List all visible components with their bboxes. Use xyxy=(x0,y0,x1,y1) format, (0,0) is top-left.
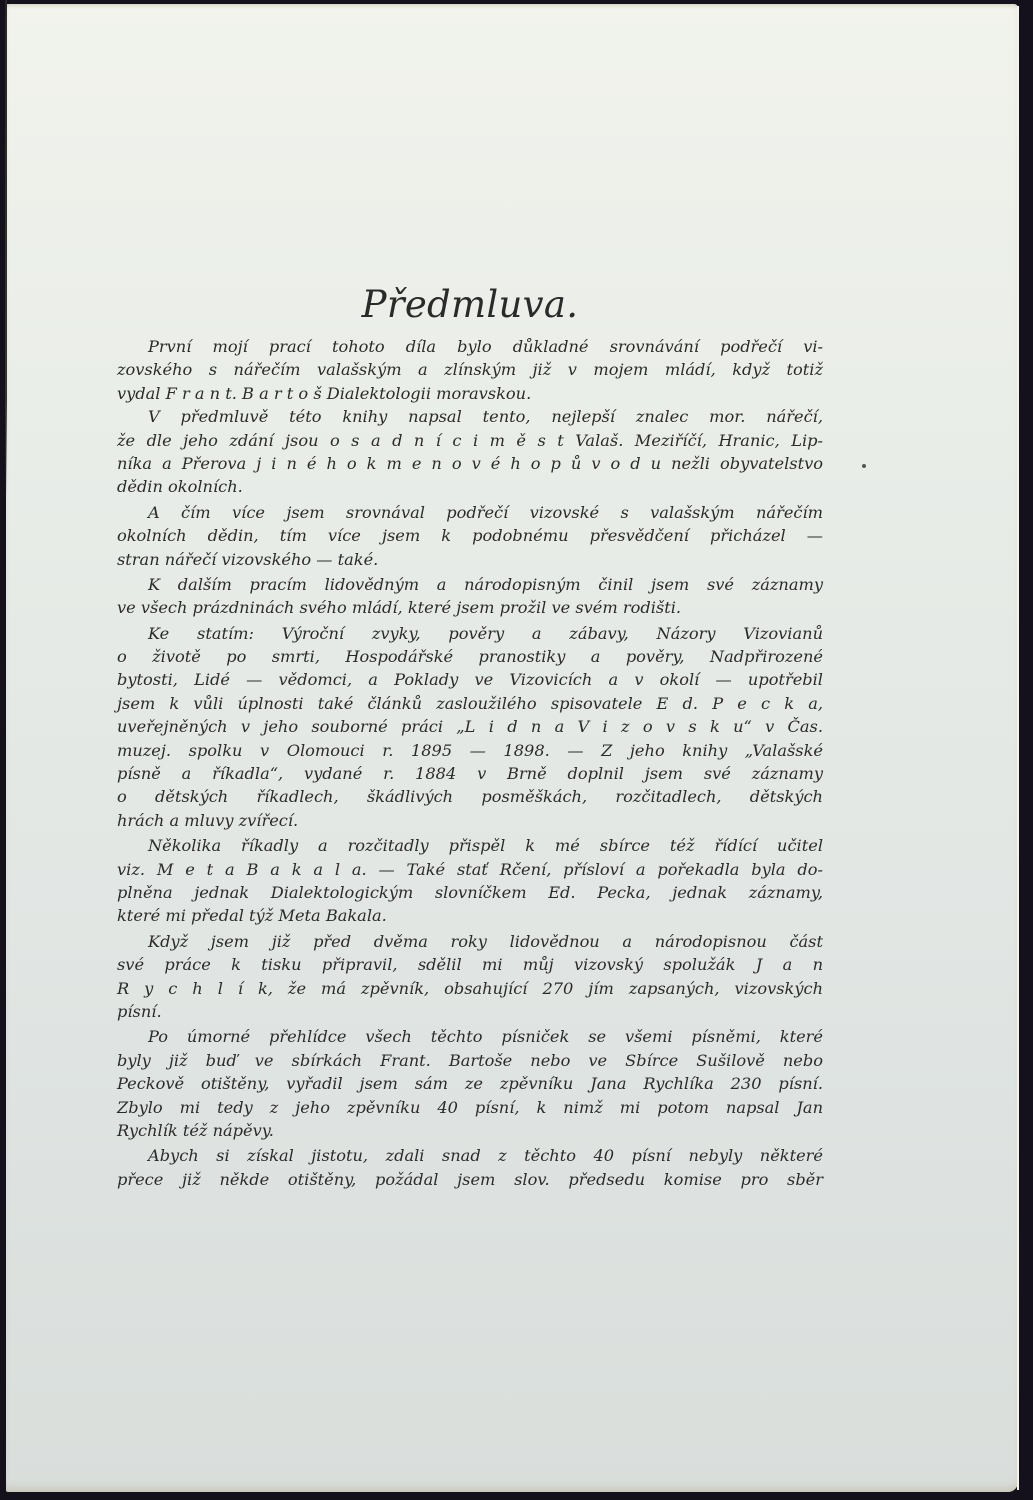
text-line: R y c h l í k, že má zpěvník, obsahující… xyxy=(117,977,823,1000)
text-line: že dle jeho zdání jsou o s a d n í c i m… xyxy=(117,429,823,452)
text-line: vydal F r a n t. B a r t o š Dialektolog… xyxy=(117,382,823,405)
text-line: které mi předal týž Meta Bakala. xyxy=(117,904,823,927)
page-title: Předmluva. xyxy=(0,283,940,326)
text-line: jsem k vůli úplnosti také článků zaslouž… xyxy=(117,692,823,715)
paper-speck xyxy=(862,464,866,468)
text-line: V předmluvě této knihy napsal tento, nej… xyxy=(117,405,823,428)
text-line: Ke statím: Výroční zvyky, pověry a zábav… xyxy=(117,622,823,645)
text-line: hrách a mluvy zvířecí. xyxy=(117,809,823,832)
text-line: své práce k tisku připravil, sdělil mi m… xyxy=(117,953,823,976)
text-line: ve všech prázdninách svého mládí, které … xyxy=(117,596,823,619)
text-line: Po úmorné přehlídce všech těchto písniče… xyxy=(117,1025,823,1048)
text-line: přece již někde otištěny, požádal jsem s… xyxy=(117,1168,823,1191)
text-line: Peckově otištěny, vyřadil jsem sám ze zp… xyxy=(117,1072,823,1095)
text-line: viz. M e t a B a k a l a. — Také stať Rč… xyxy=(117,858,823,881)
text-line: zovského s nářečím valašským a zlínským … xyxy=(117,358,823,381)
text-line: dědin okolních. xyxy=(117,475,823,498)
paragraph: První mojí prací tohoto díla bylo důklad… xyxy=(117,335,823,405)
text-line: muzej. spolku v Olomouci r. 1895 — 1898.… xyxy=(117,739,823,762)
page-edge-left xyxy=(5,0,7,500)
text-line: Několika říkadly a rozčitadly přispěl k … xyxy=(117,834,823,857)
page-edge-right xyxy=(1017,6,1019,1490)
text-line: K dalším pracím lidovědným a národopisný… xyxy=(117,573,823,596)
text-line: První mojí prací tohoto díla bylo důklad… xyxy=(117,335,823,358)
paragraph: K dalším pracím lidovědným a národopisný… xyxy=(117,573,823,620)
paragraph: V předmluvě této knihy napsal tento, nej… xyxy=(117,405,823,499)
paragraph: Po úmorné přehlídce všech těchto písniče… xyxy=(117,1025,823,1142)
text-line: A čím více jsem srovnával podřečí vizovs… xyxy=(117,501,823,524)
text-line: Rychlík též nápěvy. xyxy=(117,1119,823,1142)
paragraph: Abych si získal jistotu, zdali snad z tě… xyxy=(117,1144,823,1191)
paragraph: A čím více jsem srovnával podřečí vizovs… xyxy=(117,501,823,571)
paragraph: Několika říkadly a rozčitadly přispěl k … xyxy=(117,834,823,928)
text-line: písní. xyxy=(117,1000,823,1023)
text-line: stran nářečí vizovského — také. xyxy=(117,548,823,571)
text-line: Když jsem již před dvěma roky lidovědnou… xyxy=(117,930,823,953)
text-line: okolních dědin, tím více jsem k podobném… xyxy=(117,524,823,547)
text-line: byly již buď ve sbírkách Frant. Bartoše … xyxy=(117,1049,823,1072)
text-line: níka a Přerova j i n é h o k m e n o v é… xyxy=(117,452,823,475)
text-line: bytosti, Lidé — vědomci, a Poklady ve Vi… xyxy=(117,668,823,691)
text-line: uveřejněných v jeho souborné práci „L i … xyxy=(117,715,823,738)
preface-body: První mojí prací tohoto díla bylo důklad… xyxy=(117,335,823,1191)
paragraph: Když jsem již před dvěma roky lidovědnou… xyxy=(117,930,823,1024)
text-line: Abych si získal jistotu, zdali snad z tě… xyxy=(117,1144,823,1167)
text-line: o dětských říkadlech, škádlivých posměšk… xyxy=(117,785,823,808)
text-line: Zbylo mi tedy z jeho zpěvníku 40 písní, … xyxy=(117,1096,823,1119)
paragraph: Ke statím: Výroční zvyky, pověry a zábav… xyxy=(117,622,823,833)
text-line: písně a říkadla“, vydané r. 1884 v Brně … xyxy=(117,762,823,785)
text-line: plněna jednak Dialektologickým slovníčke… xyxy=(117,881,823,904)
text-line: o životě po smrti, Hospodářské pranostik… xyxy=(117,645,823,668)
